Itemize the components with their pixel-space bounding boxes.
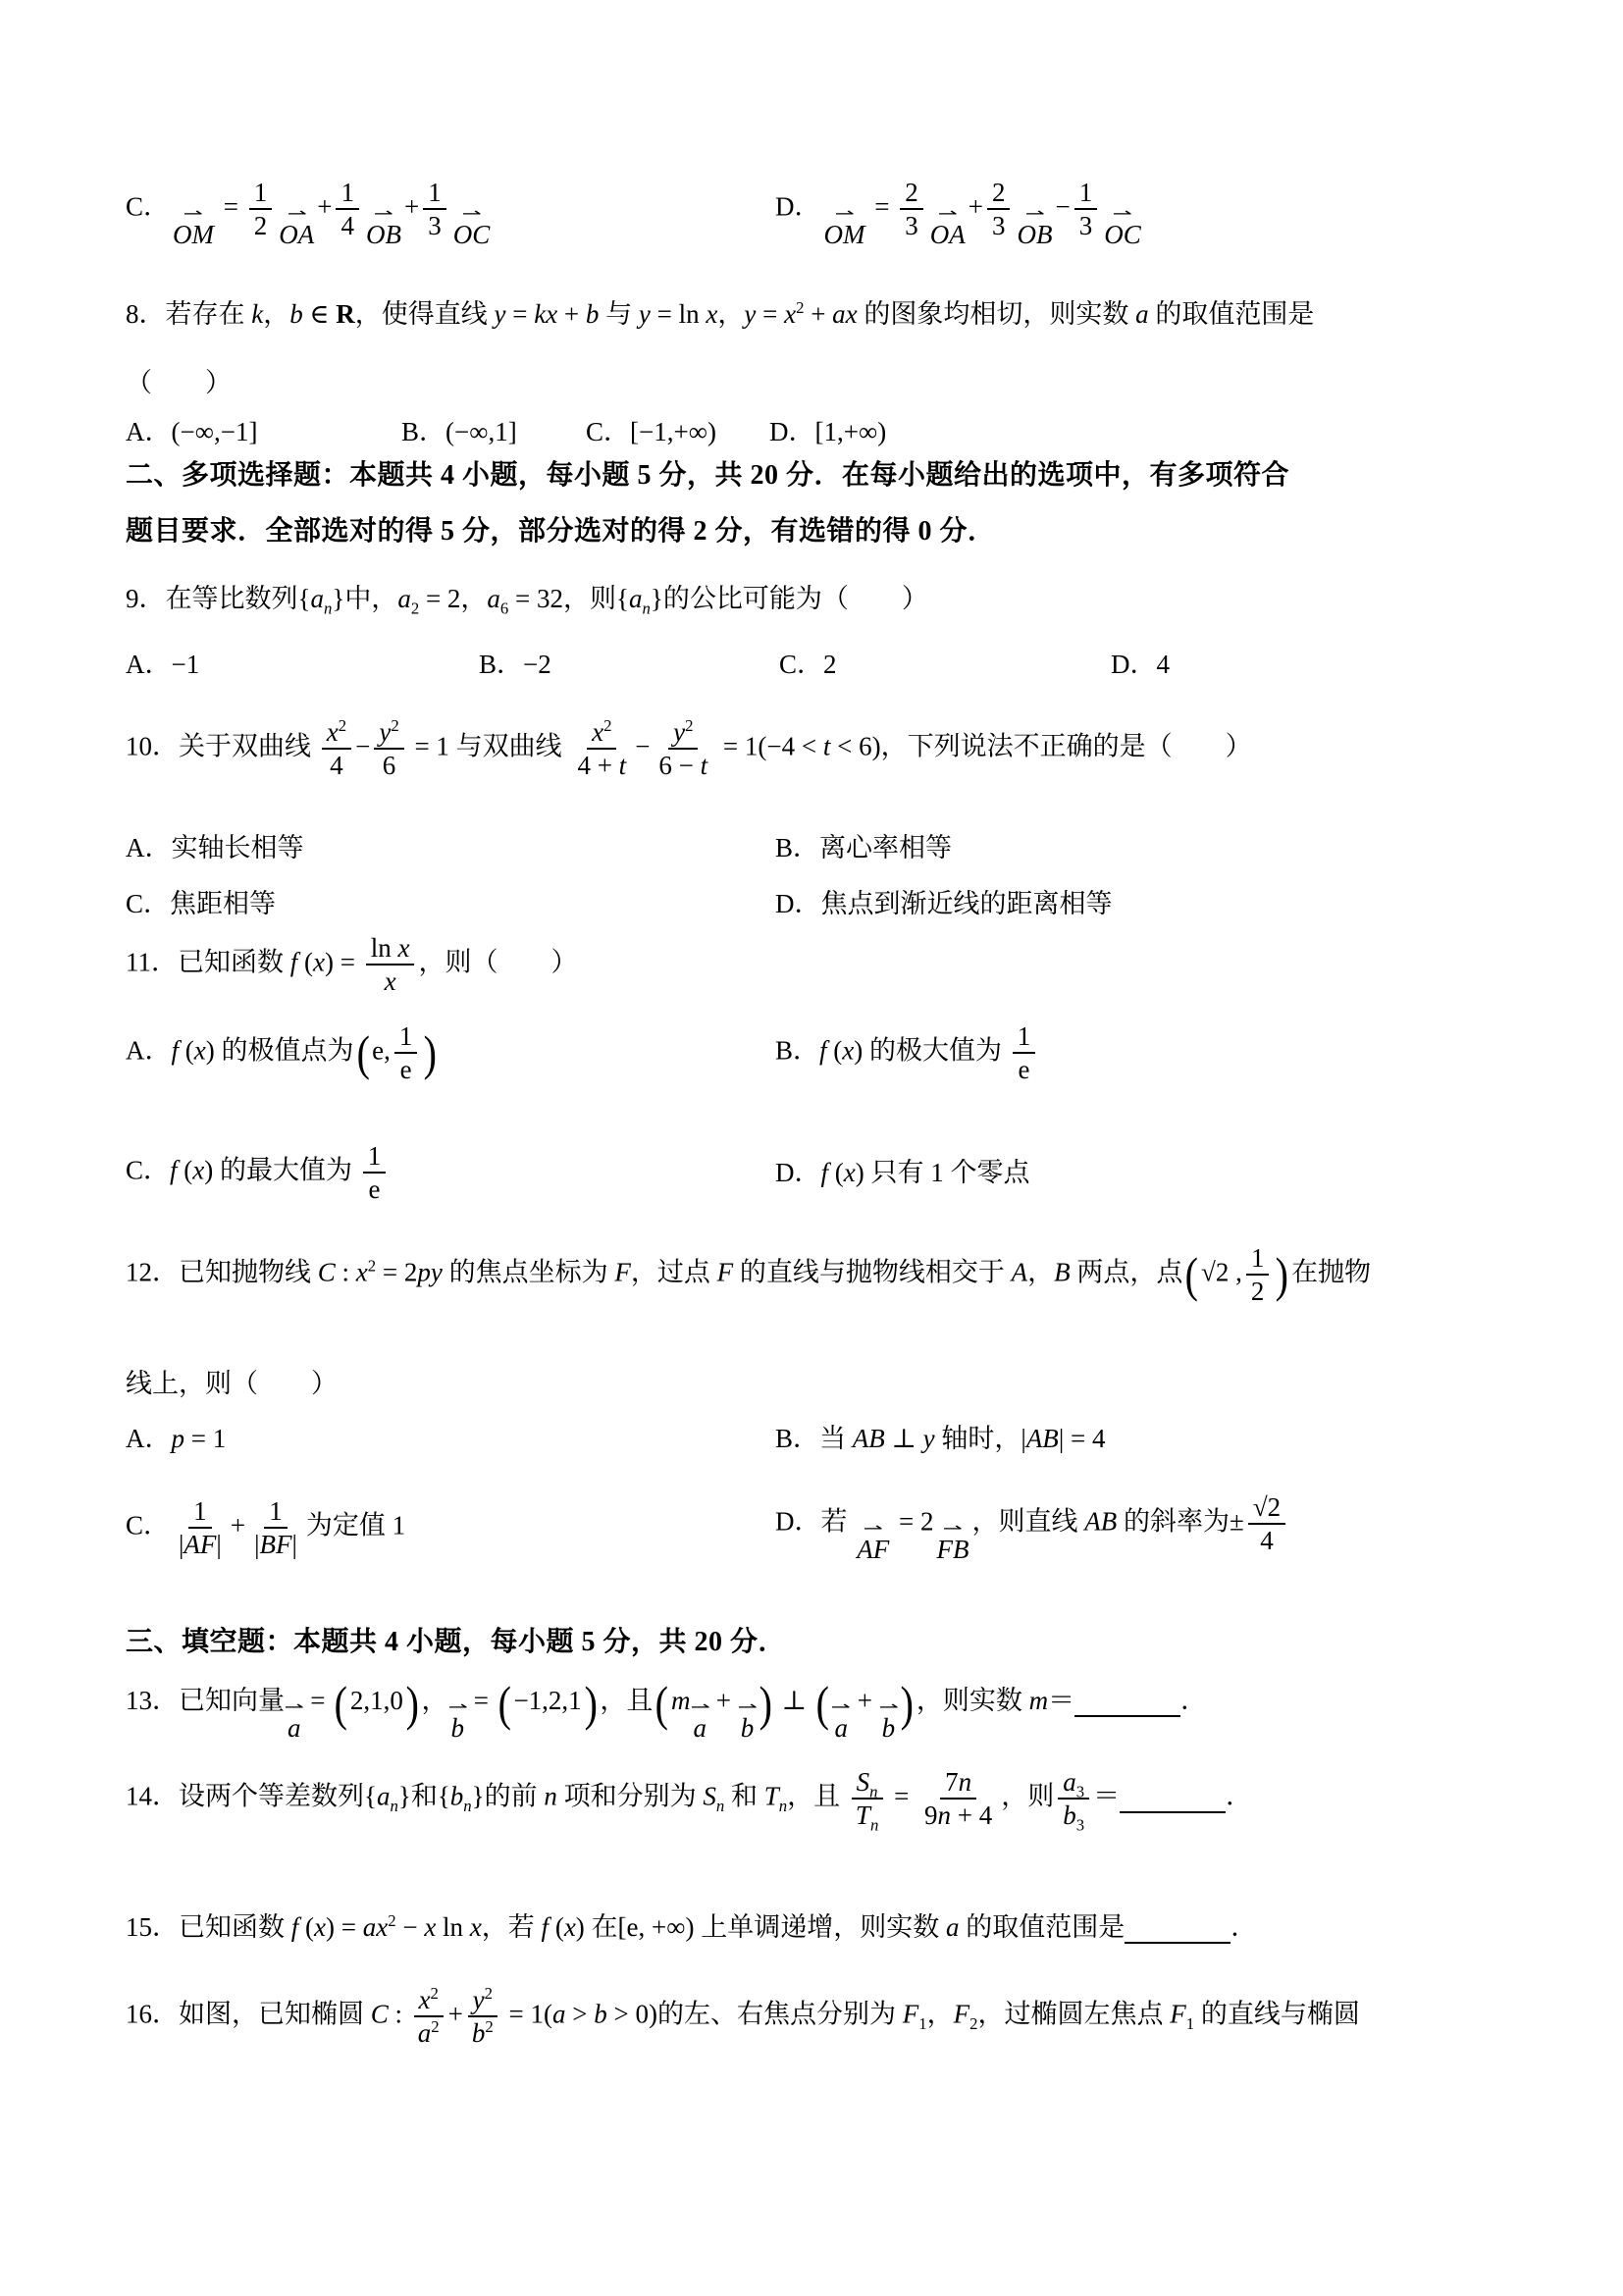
math-variable: F [954,2000,970,2029]
math-variable: f [170,1156,178,1185]
text: ( [297,948,313,977]
text: 2 [992,178,1006,207]
text: ⊥ [775,1686,813,1715]
fraction: 12 [249,177,273,242]
text: : [389,2000,409,2029]
q10-option-d: D．焦点到渐近线的距离相等 [775,884,1569,924]
subscript: 1 [1186,2014,1194,2033]
text: + 4 [951,1800,992,1830]
text: 4 + [577,751,618,780]
fraction-numerator: 1 [1074,177,1098,210]
text: = [304,1686,333,1715]
text: 与 [599,299,639,329]
math-variable: F [903,2000,919,2029]
q15-stem: 15．已知函数 f (x) = ax2 − x ln x，若 f (x) 在[e… [126,1907,1569,1948]
vector-name: b [882,1713,896,1744]
math-variable: F [614,1258,631,1287]
fraction-denominator: 4 [325,750,348,781]
math-variable: x [314,1912,326,1942]
math-variable: x [313,948,325,977]
text: = 2 [376,1258,417,1287]
vector-arrow-icon: ⇀ [737,1703,757,1713]
fraction-denominator: 4 + t [572,750,631,781]
fraction-denominator: e [364,1174,386,1205]
vector: ⇀OA [930,210,966,250]
fraction: 1e [394,1020,418,1086]
math-variable: b [586,299,600,329]
vector-arrow-icon: ⇀ [374,210,393,220]
fraction-denominator: 4 [336,210,359,241]
math-variable: b [450,1782,464,1811]
text: D． [775,192,821,222]
text: ) = [326,1912,363,1942]
fraction-numerator: y2 [374,716,403,750]
text: 的公比可能为（ ） [663,584,928,613]
math-variable: x [706,299,717,329]
text: 的直线与椭圆 [1194,2000,1360,2029]
q10-options-row-ab: A．实轴长相等 B．离心率相等 [126,828,1569,868]
q11-stem: 11．已知函数 f (x) = ln xx，则（ ） [126,932,1569,998]
text: 的取值范围是 [960,1912,1126,1942]
text: 1 [340,178,354,207]
math-variable: n [938,1800,952,1830]
math-variable: y [639,299,651,329]
text: 2 [905,178,918,207]
fraction-denominator: Tn [851,1800,883,1831]
text: ， [1027,1258,1054,1287]
superscript: 2 [388,1911,395,1930]
q9-option-c: C．2 [779,645,1111,685]
text: = [467,1686,496,1715]
vector: ⇀OB [1017,210,1052,250]
q14-stem: 14．设两个等差数列{an}和{bn}的前 n 项和分别为 Sn 和 Tn，且 … [126,1766,1569,1832]
text: e, [372,1036,391,1066]
q12-stem-line1: 12．已知抛物线 C : x2 = 2py 的焦点坐标为 F，过点 F 的直线与… [126,1242,1569,1308]
fraction-numerator: 1 [336,177,359,210]
q10-options-row-cd: C．焦距相等 D．焦点到渐近线的距离相等 [126,884,1569,924]
q8-option-a: A．(−∞,−1] [126,412,401,452]
math-variable: x [784,299,796,329]
math-variable: x [419,1985,431,2014]
math-variable: f [172,1036,180,1066]
vector: ⇀a [834,1703,848,1744]
fraction-numerator: 1 [188,1495,212,1529]
math-variable: x [424,1912,436,1942]
q9-option-a: A．−1 [126,645,479,685]
math-variable: y [473,1985,485,2014]
text: A． [126,1036,172,1066]
math-variable: kx [534,299,557,329]
text: 15．已知函数 [126,1912,291,1942]
big-paren: ( [497,1684,510,1723]
q8-option-b: B．(−∞,1] [401,412,586,452]
text: ) = [325,948,362,977]
fraction-denominator: 4 [1255,1525,1279,1556]
fraction: ln xx [366,932,415,998]
text: ) 在 [576,1912,618,1942]
text: D．若 [775,1507,854,1537]
q11-option-c: C．f (x) 的最大值为 1e [126,1140,775,1206]
vector-name: b [741,1713,755,1744]
text: ( [549,1912,564,1942]
text: − [635,732,650,761]
text: } [332,584,344,613]
math-variable: y [923,1424,935,1453]
text: 10．关于双曲线 [126,732,318,761]
text: 2 [254,211,268,240]
text: ，则（ ） [418,948,577,977]
text: + [231,1511,245,1540]
math-variable: BF [259,1530,291,1559]
subscript: 3 [1076,1816,1084,1835]
superscript: 2 [391,716,398,735]
text: [e, +∞) [618,1912,695,1942]
math-variable: n [544,1782,557,1811]
text: −1,2,1 [513,1686,581,1715]
fraction-numerator: 1 [264,1495,288,1529]
vector: ⇀FB [936,1525,969,1565]
text: 3 [428,211,442,240]
text: 为定值 1 [306,1511,405,1540]
text: ) 的最大值为 [204,1156,359,1185]
fraction: 13 [1074,177,1098,242]
q9-options-row: A．−1 B．−2 C．2 D．4 [126,645,1569,685]
text: C． [126,1156,170,1185]
text: ) 的极值点为 [206,1036,354,1066]
text: ， [927,2000,954,2029]
fraction-denominator: 3 [987,210,1011,241]
text: ，且 [600,1686,653,1715]
text: 16．如图，已知椭圆 [126,2000,371,2029]
fraction-denominator: e [1014,1054,1035,1085]
math-variable: m [671,1686,691,1715]
text: B． [775,1036,819,1066]
superscript: 2 [368,1257,376,1276]
text: 上单调递增，则实数 [695,1912,947,1942]
text: = [868,192,897,222]
text: ，若 [482,1912,542,1942]
vector-name: a [834,1713,848,1744]
big-paren: ) [424,1033,437,1072]
text: ＝ [1048,1686,1074,1715]
fraction-numerator: x2 [587,716,616,750]
answer-blank [1120,1784,1226,1813]
math-variable: k [251,299,263,329]
fraction-numerator: 1 [1246,1242,1270,1276]
text: | = 4 [1059,1424,1106,1453]
math-variable: x [564,1912,576,1942]
text: = [505,299,534,329]
vector-name: OA [930,220,966,250]
text: = 2 [892,1507,933,1537]
fraction-denominator: a2 [413,2017,445,2049]
q11-option-b: B．f (x) 的极大值为 1e [775,1020,1569,1086]
vector-arrow-icon: ⇀ [864,1525,883,1535]
vector-arrow-icon: ⇀ [943,1525,963,1535]
fraction-denominator: 2 [249,210,273,241]
fraction-numerator: 1 [1013,1020,1036,1054]
math-variable: y [494,299,505,329]
fraction-denominator: |AF| [174,1529,227,1560]
q16-stem: 16．如图，已知椭圆 C : x2a2+y2b2 = 1(a > b > 0)的… [126,1984,1569,2050]
text: 项和分别为 [557,1782,704,1811]
text: + [709,1686,738,1715]
text: ( [827,1036,843,1066]
text: 6 − [658,751,700,780]
q11-option-d: D．f (x) 只有 1 个零点 [775,1153,1569,1193]
vector-name: OB [366,220,401,250]
math-variable: py [417,1258,442,1287]
fraction-denominator: 3 [900,210,923,241]
vector-name: b [451,1713,465,1744]
math-variable: AB [1026,1424,1059,1453]
text: ( [544,2000,552,2029]
superscript: 2 [485,1984,493,2003]
fraction-numerator: 1 [423,177,446,210]
text: A． [126,1424,172,1453]
text: 的斜率为± [1117,1507,1244,1537]
section-multi-choice-heading-line2: 题目要求．全部选对的得 5 分，部分选对的得 2 分，有选错的得 0 分． [126,511,1569,552]
fraction: 1e [363,1140,387,1206]
math-variable: ax [363,1912,388,1942]
fraction: √24 [1248,1491,1285,1557]
vector-name: AF [857,1535,889,1565]
math-variable: x [592,717,603,747]
q12-options-row-ab: A．p = 1 B．当 AB ⊥ y 轴时，|AB| = 4 [126,1419,1569,1459]
text: 1 [428,178,442,207]
fraction-denominator: 6 − t [654,750,712,781]
subscript: 1 [918,2014,926,2033]
text: { [364,1782,377,1811]
text: 9 [924,1800,938,1830]
fraction-denominator: 6 [378,750,401,781]
fraction: 7n9n + 4 [919,1766,997,1832]
text: ，过点 [631,1258,717,1287]
vector-name: OC [1104,220,1141,250]
math-variable: a [629,584,643,613]
text: 2 [1251,1277,1265,1306]
text: √2 [1253,1492,1281,1522]
math-variable: b [594,2000,607,2029]
vector-arrow-icon: ⇀ [447,1703,467,1713]
text: 4 [330,751,343,780]
vector-arrow-icon: ⇀ [287,210,306,220]
text: ， [263,299,289,329]
fraction: SnTn [851,1766,883,1832]
text: ，且 [787,1782,847,1811]
vector: ⇀OM [173,210,214,250]
text: 的图象均相切，则实数 [858,299,1136,329]
q11-options-row-cd: C．f (x) 的最大值为 1e D．f (x) 只有 1 个零点 [126,1140,1569,1206]
subscript: n [463,1797,471,1815]
fraction-numerator: 2 [900,177,923,210]
q7-options-row-cd: C．⇀OM = 12⇀OA+14⇀OB+13⇀OC D．⇀OM = 23⇀OA+… [126,177,1569,250]
text: 1 [1018,1021,1031,1051]
math-variable: S [857,1767,870,1797]
text: e [400,1055,412,1084]
fraction-numerator: 1 [363,1140,387,1174]
text: ． [1180,1686,1207,1715]
text: 1 [368,1141,382,1171]
vector: ⇀a [288,1703,301,1744]
q12-option-d: D．若 ⇀AF = 2⇀FB，则直线 AB 的斜率为±√24 [775,1491,1569,1565]
text: + [317,192,332,222]
big-paren: ( [655,1684,668,1723]
q13-stem: 13．已知向量⇀a = (2,1,0)，⇀b = (−1,2,1)，且(m⇀a … [126,1681,1569,1744]
math-variable: y [744,299,756,329]
text: | [216,1530,221,1559]
vector: ⇀b [451,1703,465,1744]
text: ，下列说法不正确的是（ ） [881,732,1252,761]
text: e [369,1174,381,1204]
fraction: x24 + t [572,716,631,782]
text: } [472,1782,485,1811]
text: 2,1,0 [350,1686,403,1715]
text: 的前 [485,1782,545,1811]
math-variable: f [821,1158,829,1187]
text: 3 [1079,211,1093,240]
fraction: 1e [1013,1020,1036,1086]
q12-stem-line2: 线上，则（ ） [126,1364,1569,1404]
text: 11．已知函数 [126,948,290,977]
text: 的焦点坐标为 [443,1258,615,1287]
math-variable: AF [183,1530,216,1559]
q8-option-d: D．[1,+∞) [769,412,1569,452]
math-variable: C [371,2000,389,2029]
fraction-numerator: y2 [668,716,698,750]
superscript: 2 [431,1984,439,2003]
q9-option-d: D．4 [1111,645,1569,685]
text: ， [422,1686,448,1715]
vector-name: OM [824,220,865,250]
vector-arrow-icon: ⇀ [938,210,958,220]
text: ＝ [1093,1782,1120,1811]
q11-options-row-ab: A．f (x) 的极值点为(e,1e) B．f (x) 的极大值为 1e [126,1020,1569,1086]
q10-option-c: C．焦距相等 [126,884,775,924]
text: | [291,1530,296,1559]
subscript: n [390,1797,397,1815]
vector-name: OA [279,220,314,250]
fraction-numerator: x2 [322,716,351,750]
math-variable: x [844,1158,856,1187]
fraction: 1|BF| [249,1495,302,1561]
fraction-denominator: x [380,965,401,997]
math-variable: n [959,1767,972,1797]
vector: ⇀b [882,1703,896,1744]
text: ( [179,1036,194,1066]
q12-option-b: B．当 AB ⊥ y 轴时，|AB| = 4 [775,1419,1569,1459]
text: + [557,299,586,329]
text: 的取值范围是 [1149,299,1315,329]
fraction: x2a2 [413,1984,445,2050]
fraction-numerator: √2 [1248,1491,1285,1525]
math-variable: A [1012,1258,1028,1287]
text: ( [298,1912,314,1942]
math-variable: F [1170,2000,1186,2029]
text: : [336,1258,356,1287]
q11-option-a: A．f (x) 的极值点为(e,1e) [126,1020,775,1086]
vector: ⇀OC [1104,210,1141,250]
text: > 0) [607,2000,657,2029]
text: 6 [383,751,396,780]
fraction: y2b2 [467,1984,498,2050]
superscript: 2 [685,716,693,735]
text: ，则 [1001,1782,1054,1811]
math-variable: a [310,584,324,613]
text: { [616,584,629,613]
math-variable: t [619,751,627,780]
subscript: n [870,1816,878,1835]
q7-option-c: C．⇀OM = 12⇀OA+14⇀OB+13⇀OC [126,177,775,250]
fraction-denominator: b2 [467,2017,498,2049]
text: = 32，则 [508,584,616,613]
math-bold-symbol: R [336,299,355,329]
section-fill-blank-heading: 三、填空题：本题共 4 小题，每小题 5 分，共 20 分． [126,1622,1569,1663]
fraction: 23 [987,177,1011,242]
vector-arrow-icon: ⇀ [878,1703,898,1713]
superscript: 2 [485,2017,493,2036]
big-paren: ) [584,1684,597,1723]
fraction-denominator: 3 [423,210,446,241]
math-variable: a [552,2000,566,2029]
text: { [438,1782,450,1811]
superscript: 2 [339,716,346,735]
exam-page: C．⇀OM = 12⇀OA+14⇀OB+13⇀OC D．⇀OM = 23⇀OA+… [0,0,1623,2296]
text: } [398,1782,411,1811]
text: ( [828,1158,844,1187]
fraction-numerator: ln x [366,932,415,965]
fraction-denominator: 9n + 4 [919,1800,997,1831]
q10-option-a: A．实轴长相等 [126,828,775,868]
fraction-denominator: e [395,1054,417,1085]
text: ) 的极大值为 [854,1036,1009,1066]
text: < 6) [830,732,880,761]
vector-name: OM [173,220,214,250]
fraction-numerator: Sn [852,1766,883,1800]
fraction-denominator: b3 [1058,1800,1089,1831]
q8-options-row: A．(−∞,−1] B．(−∞,1] C．[−1,+∞) D．[1,+∞) [126,412,1569,452]
fraction-denominator: 3 [1074,210,1098,241]
fraction: a3b3 [1058,1766,1089,1832]
text: = 1 与双曲线 [408,732,569,761]
answer-blank [1125,1914,1230,1944]
text: ， [717,299,744,329]
math-variable: ax [832,299,857,329]
text: 1 [1079,178,1093,207]
vector: ⇀AF [857,1525,889,1565]
math-variable: y [673,717,685,747]
text: 1 [1251,1243,1265,1273]
math-variable: x [470,1912,482,1942]
fraction: y26 − t [654,716,712,782]
big-paren: ) [1276,1255,1288,1294]
math-variable: a [1063,1767,1076,1797]
math-variable: f [819,1036,827,1066]
fraction-numerator: 7n [940,1766,976,1800]
math-variable: T [764,1782,779,1811]
text: + [851,1686,879,1715]
fraction: x24 [322,716,351,782]
text: + [404,192,419,222]
fraction: 23 [900,177,923,242]
q9-option-b: B．−2 [479,645,779,685]
text: 1 [193,1496,207,1526]
text: − [355,732,370,761]
text: 1 [399,1021,413,1051]
vector: ⇀a [693,1703,707,1744]
text: ( [178,1156,193,1185]
math-variable: T [856,1800,870,1830]
